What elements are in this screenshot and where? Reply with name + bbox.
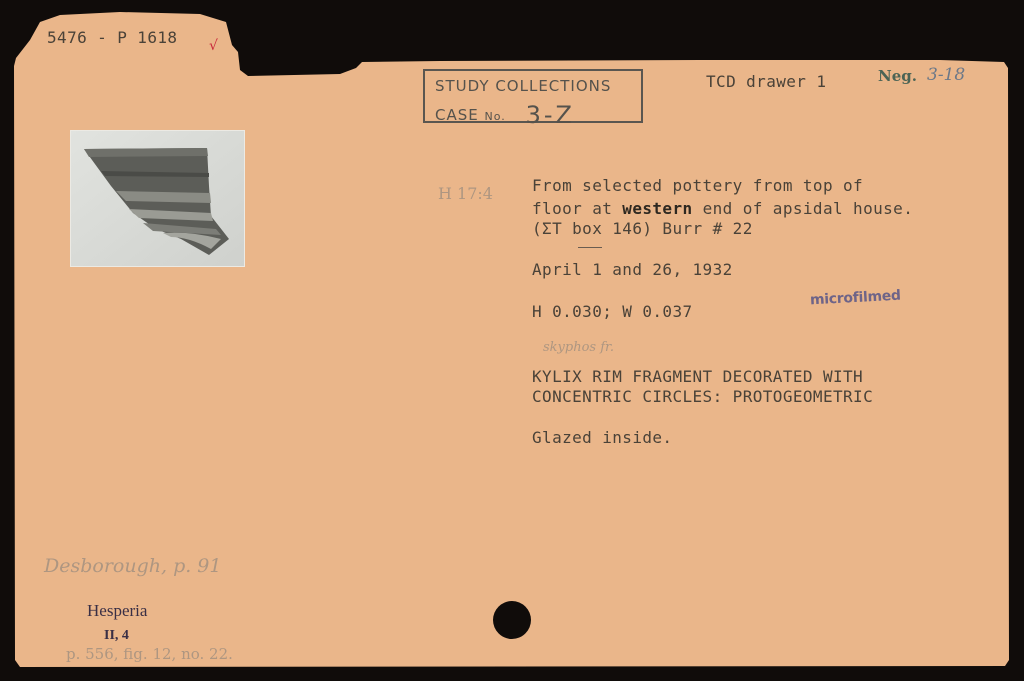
negative-label: Neg.	[878, 67, 917, 85]
punch-hole	[493, 601, 531, 639]
description-line-1: From selected pottery from top of	[532, 176, 863, 195]
object-title-line-2: CONCENTRIC CIRCLES: PROTOGEOMETRIC	[532, 387, 873, 406]
stamp-case-label: CASE	[435, 106, 479, 124]
description-line-3: (ΣT box 146) Burr # 22	[532, 219, 753, 238]
journal-volume: II, 4	[104, 628, 129, 644]
pottery-sherd-image	[71, 131, 244, 266]
description-line-2: floor at western end of apsidal house.	[532, 199, 913, 218]
description-line-2-part-b: end of apsidal house.	[693, 199, 914, 218]
pencil-note-skyphos: skyphos fr.	[543, 340, 614, 355]
description-line-2-bold: western	[622, 199, 692, 218]
pencil-reference: H 17:4	[438, 184, 493, 203]
check-mark-icon: √	[209, 38, 218, 54]
stamp-case-row: CASE No. 3-Z	[435, 98, 575, 126]
negative-value: 3-18	[927, 65, 965, 85]
pencil-bibliography-desborough: Desborough, p. 91	[44, 555, 222, 577]
drawer-label: TCD drawer 1	[706, 72, 826, 91]
object-title-line-1: KYLIX RIM FRAGMENT DECORATED WITH	[532, 367, 863, 386]
sherd-photo	[70, 130, 245, 267]
stamp-case-no-label: No.	[485, 110, 506, 123]
description-line-2-part-a: floor at	[532, 199, 622, 218]
pencil-bibliography-pages: p. 556, fig. 12, no. 22.	[66, 645, 233, 663]
journal-name: Hesperia	[87, 601, 147, 621]
separator-rule	[578, 247, 602, 248]
study-collections-stamp: STUDY COLLECTIONS CASE No. 3-Z	[423, 69, 643, 123]
object-note: Glazed inside.	[532, 428, 672, 447]
stamp-case-value: 3-Z	[526, 101, 575, 129]
excavation-date: April 1 and 26, 1932	[532, 260, 733, 279]
dimensions: H 0.030; W 0.037	[532, 302, 693, 321]
stamp-title: STUDY COLLECTIONS	[435, 77, 611, 95]
catalog-number: 5476 - P 1618	[47, 28, 177, 47]
